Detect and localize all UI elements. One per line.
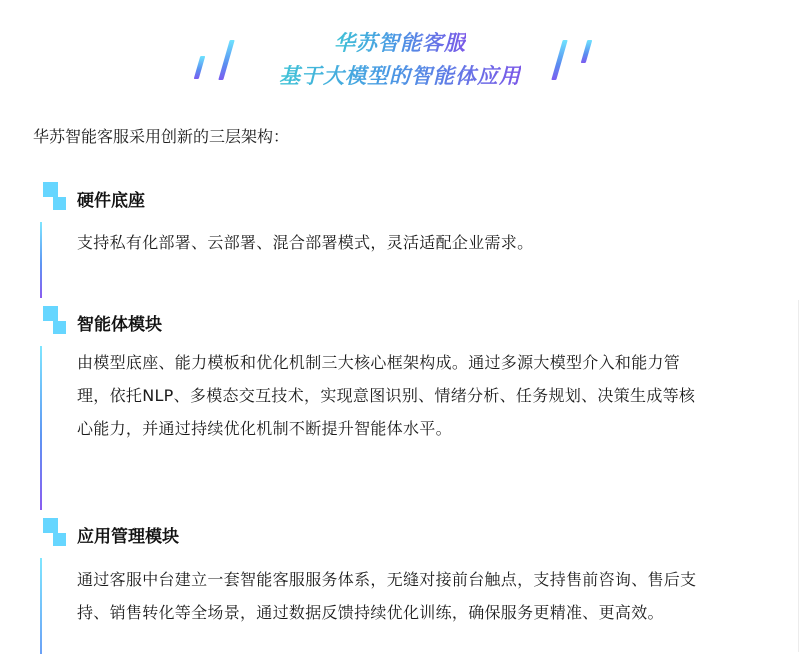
section-title: 硬件底座	[77, 190, 145, 212]
section-title: 智能体模块	[77, 314, 162, 336]
square-bullet-icon	[43, 182, 67, 210]
section-body: 由模型底座、能力模板和优化机制三大核心框架构成。通过多源大模型介入和能力管 理，…	[77, 346, 767, 445]
section-title: 应用管理模块	[77, 526, 179, 548]
section-body-line: 持、销售转化等全场景，通过数据反馈持续优化训练，确保服务更精准、更高效。	[77, 596, 767, 629]
page-subtitle: 基于大模型的智能体应用	[0, 63, 800, 89]
section-agent-module: 智能体模块 由模型底座、能力模板和优化机制三大核心框架构成。通过多源大模型介入和…	[0, 306, 800, 516]
section-body: 通过客服中台建立一套智能客服服务体系，无缝对接前台触点，支持售前咨询、售后支 持…	[77, 563, 767, 629]
page-title-text: 华苏智能客服	[334, 31, 466, 55]
intro-text: 华苏智能客服采用创新的三层架构：	[33, 126, 289, 148]
page-title: 华苏智能客服	[0, 30, 800, 56]
section-body-line: 由模型底座、能力模板和优化机制三大核心框架构成。通过多源大模型介入和能力管	[77, 346, 767, 379]
page-subtitle-text: 基于大模型的智能体应用	[279, 64, 521, 88]
section-body-line: 理，依托NLP、多模态交互技术，实现意图识别、情绪分析、任务规划、决策生成等核	[77, 379, 767, 412]
section-body-line: 心能力，并通过持续优化机制不断提升智能体水平。	[77, 412, 767, 445]
section-accent-bar	[40, 346, 42, 510]
square-bullet-icon	[43, 306, 67, 334]
section-accent-bar	[40, 222, 42, 298]
header-banner: 华苏智能客服 基于大模型的智能体应用	[0, 0, 800, 110]
square-bullet-icon	[43, 518, 67, 546]
section-body-line: 支持私有化部署、云部署、混合部署模式，灵活适配企业需求。	[77, 226, 767, 259]
section-body-line: 通过客服中台建立一套智能客服服务体系，无缝对接前台触点，支持售前咨询、售后支	[77, 563, 767, 596]
section-accent-bar	[40, 558, 42, 654]
section-body: 支持私有化部署、云部署、混合部署模式，灵活适配企业需求。	[77, 226, 767, 259]
section-app-management-module: 应用管理模块 通过客服中台建立一套智能客服服务体系，无缝对接前台触点，支持售前咨…	[0, 518, 800, 654]
section-hardware-base: 硬件底座 支持私有化部署、云部署、混合部署模式，灵活适配企业需求。	[0, 182, 800, 300]
